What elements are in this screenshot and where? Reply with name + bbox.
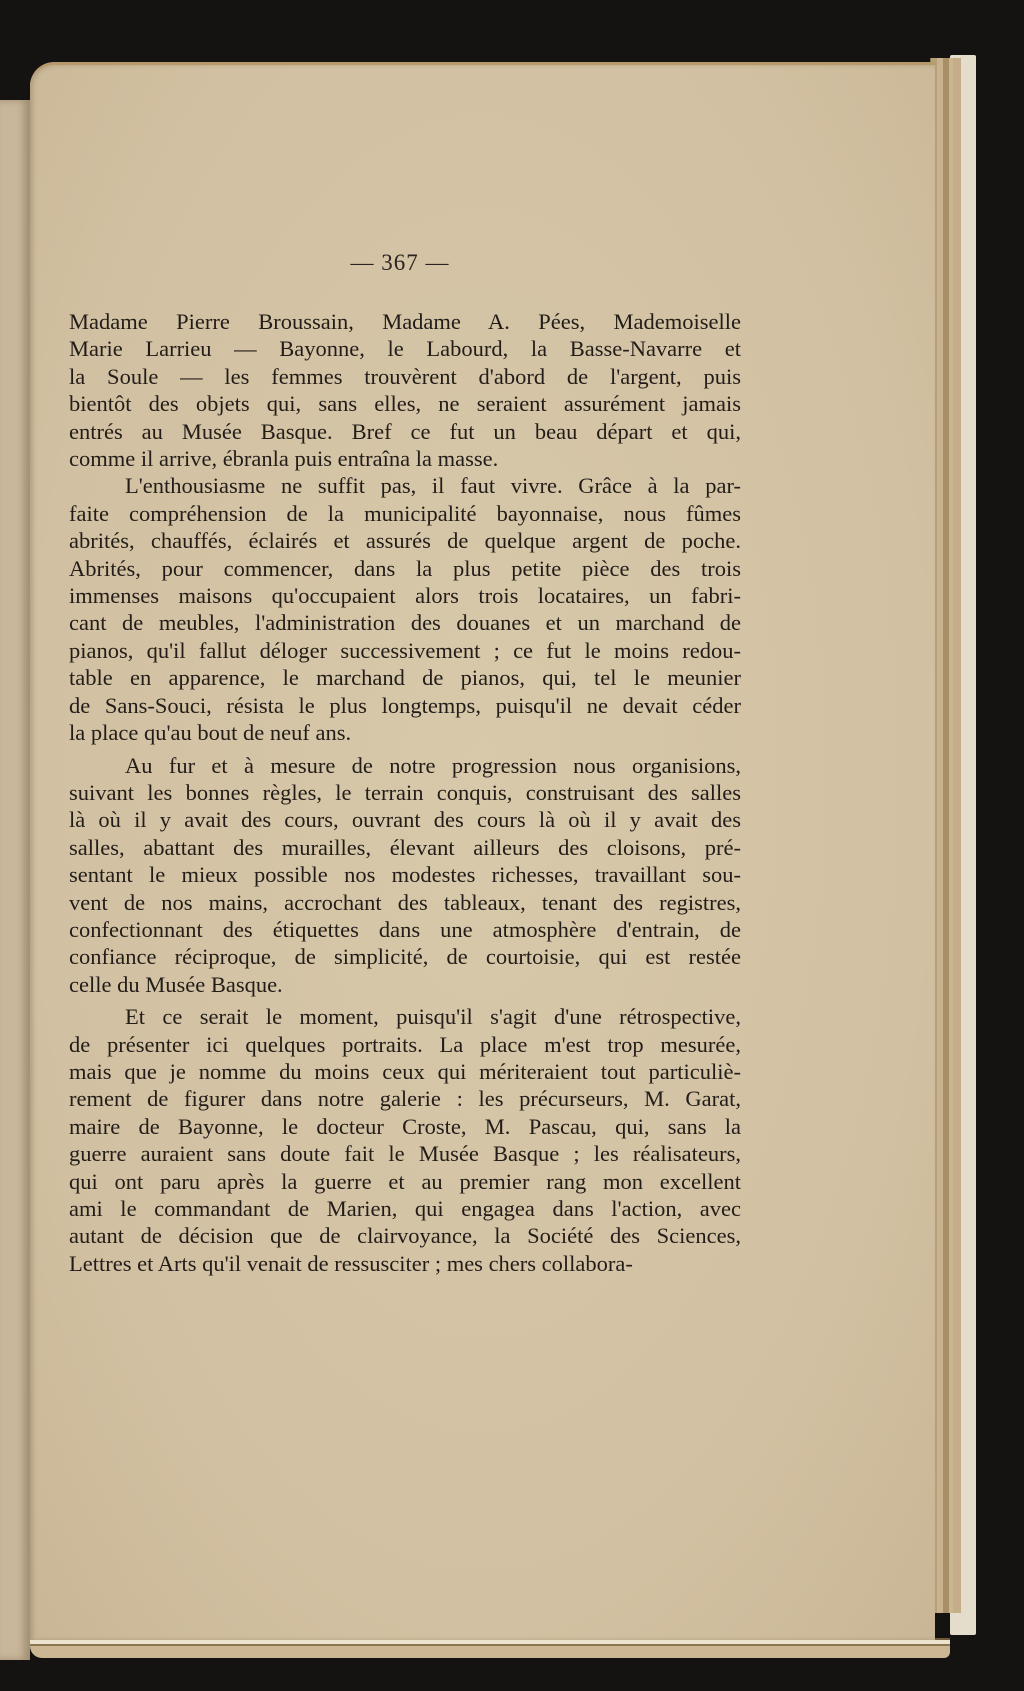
- text-line: cant de meubles, l'administration des do…: [69, 609, 741, 636]
- text-line: confectionnant des étiquettes dans une a…: [69, 916, 741, 943]
- paragraph: Et ce serait le moment, puisqu'il s'agit…: [69, 1003, 741, 1277]
- text-line: là où il y avait des cours, ouvrant des …: [69, 806, 741, 833]
- text-line: de présenter ici quelques portraits. La …: [69, 1031, 741, 1058]
- text-line: Au fur et à mesure de notre progression …: [69, 752, 741, 779]
- text-line: Madame Pierre Broussain, Madame A. Pées,…: [69, 308, 741, 335]
- text-line: table en apparence, le marchand de piano…: [69, 664, 741, 691]
- body-text: Madame Pierre Broussain, Madame A. Pées,…: [69, 308, 741, 1277]
- text-line: Marie Larrieu — Bayonne, le Labourd, la …: [69, 335, 741, 362]
- text-line: de Sans-Souci, résista le plus longtemps…: [69, 692, 741, 719]
- text-line: celle du Musée Basque.: [69, 971, 741, 998]
- text-line: guerre auraient sans doute fait le Musée…: [69, 1140, 741, 1167]
- text-line: sentant le mieux possible nos modestes r…: [69, 861, 741, 888]
- text-line: mais que je nomme du moins ceux qui méri…: [69, 1058, 741, 1085]
- text-line: Lettres et Arts qu'il venait de ressusci…: [69, 1250, 741, 1277]
- text-line: autant de décision que de clairvoyance, …: [69, 1222, 741, 1249]
- text-line: pianos, qu'il fallut déloger successivem…: [69, 637, 741, 664]
- page-bottom-edge: [30, 1638, 950, 1658]
- paragraph: L'enthousiasme ne suffit pas, il faut vi…: [69, 472, 741, 746]
- text-line: vent de nos mains, accrochant des tablea…: [69, 889, 741, 916]
- text-line: la Soule — les femmes trouvèrent d'abord…: [69, 363, 741, 390]
- text-line: confiance réciproque, de simplicité, de …: [69, 943, 741, 970]
- facing-page-edge: [0, 100, 30, 1660]
- text-line: abrités, chauffés, éclairés et assurés d…: [69, 527, 741, 554]
- text-line: comme il arrive, ébranla puis entraîna l…: [69, 445, 741, 472]
- text-line: qui ont paru après la guerre et au premi…: [69, 1168, 741, 1195]
- text-line: entrés au Musée Basque. Bref ce fut un b…: [69, 418, 741, 445]
- text-line: immenses maisons qu'occupaient alors tro…: [69, 582, 741, 609]
- text-line: la place qu'au bout de neuf ans.: [69, 719, 741, 746]
- text-line: L'enthousiasme ne suffit pas, il faut vi…: [69, 472, 741, 499]
- text-line: salles, abattant des murailles, élevant …: [69, 834, 741, 861]
- text-line: Abrités, pour commencer, dans la plus pe…: [69, 555, 741, 582]
- page-number: — 367 —: [300, 250, 500, 276]
- text-line: Et ce serait le moment, puisqu'il s'agit…: [69, 1003, 741, 1030]
- paragraph: Madame Pierre Broussain, Madame A. Pées,…: [69, 308, 741, 472]
- text-line: bientôt des objets qui, sans elles, ne s…: [69, 390, 741, 417]
- paragraph: Au fur et à mesure de notre progression …: [69, 752, 741, 999]
- text-line: ami le commandant de Marien, qui engagea…: [69, 1195, 741, 1222]
- text-line: rement de figurer dans notre galerie : l…: [69, 1085, 741, 1112]
- text-line: suivant les bonnes règles, le terrain co…: [69, 779, 741, 806]
- text-line: maire de Bayonne, le docteur Croste, M. …: [69, 1113, 741, 1140]
- text-line: faite compréhension de la municipalité b…: [69, 500, 741, 527]
